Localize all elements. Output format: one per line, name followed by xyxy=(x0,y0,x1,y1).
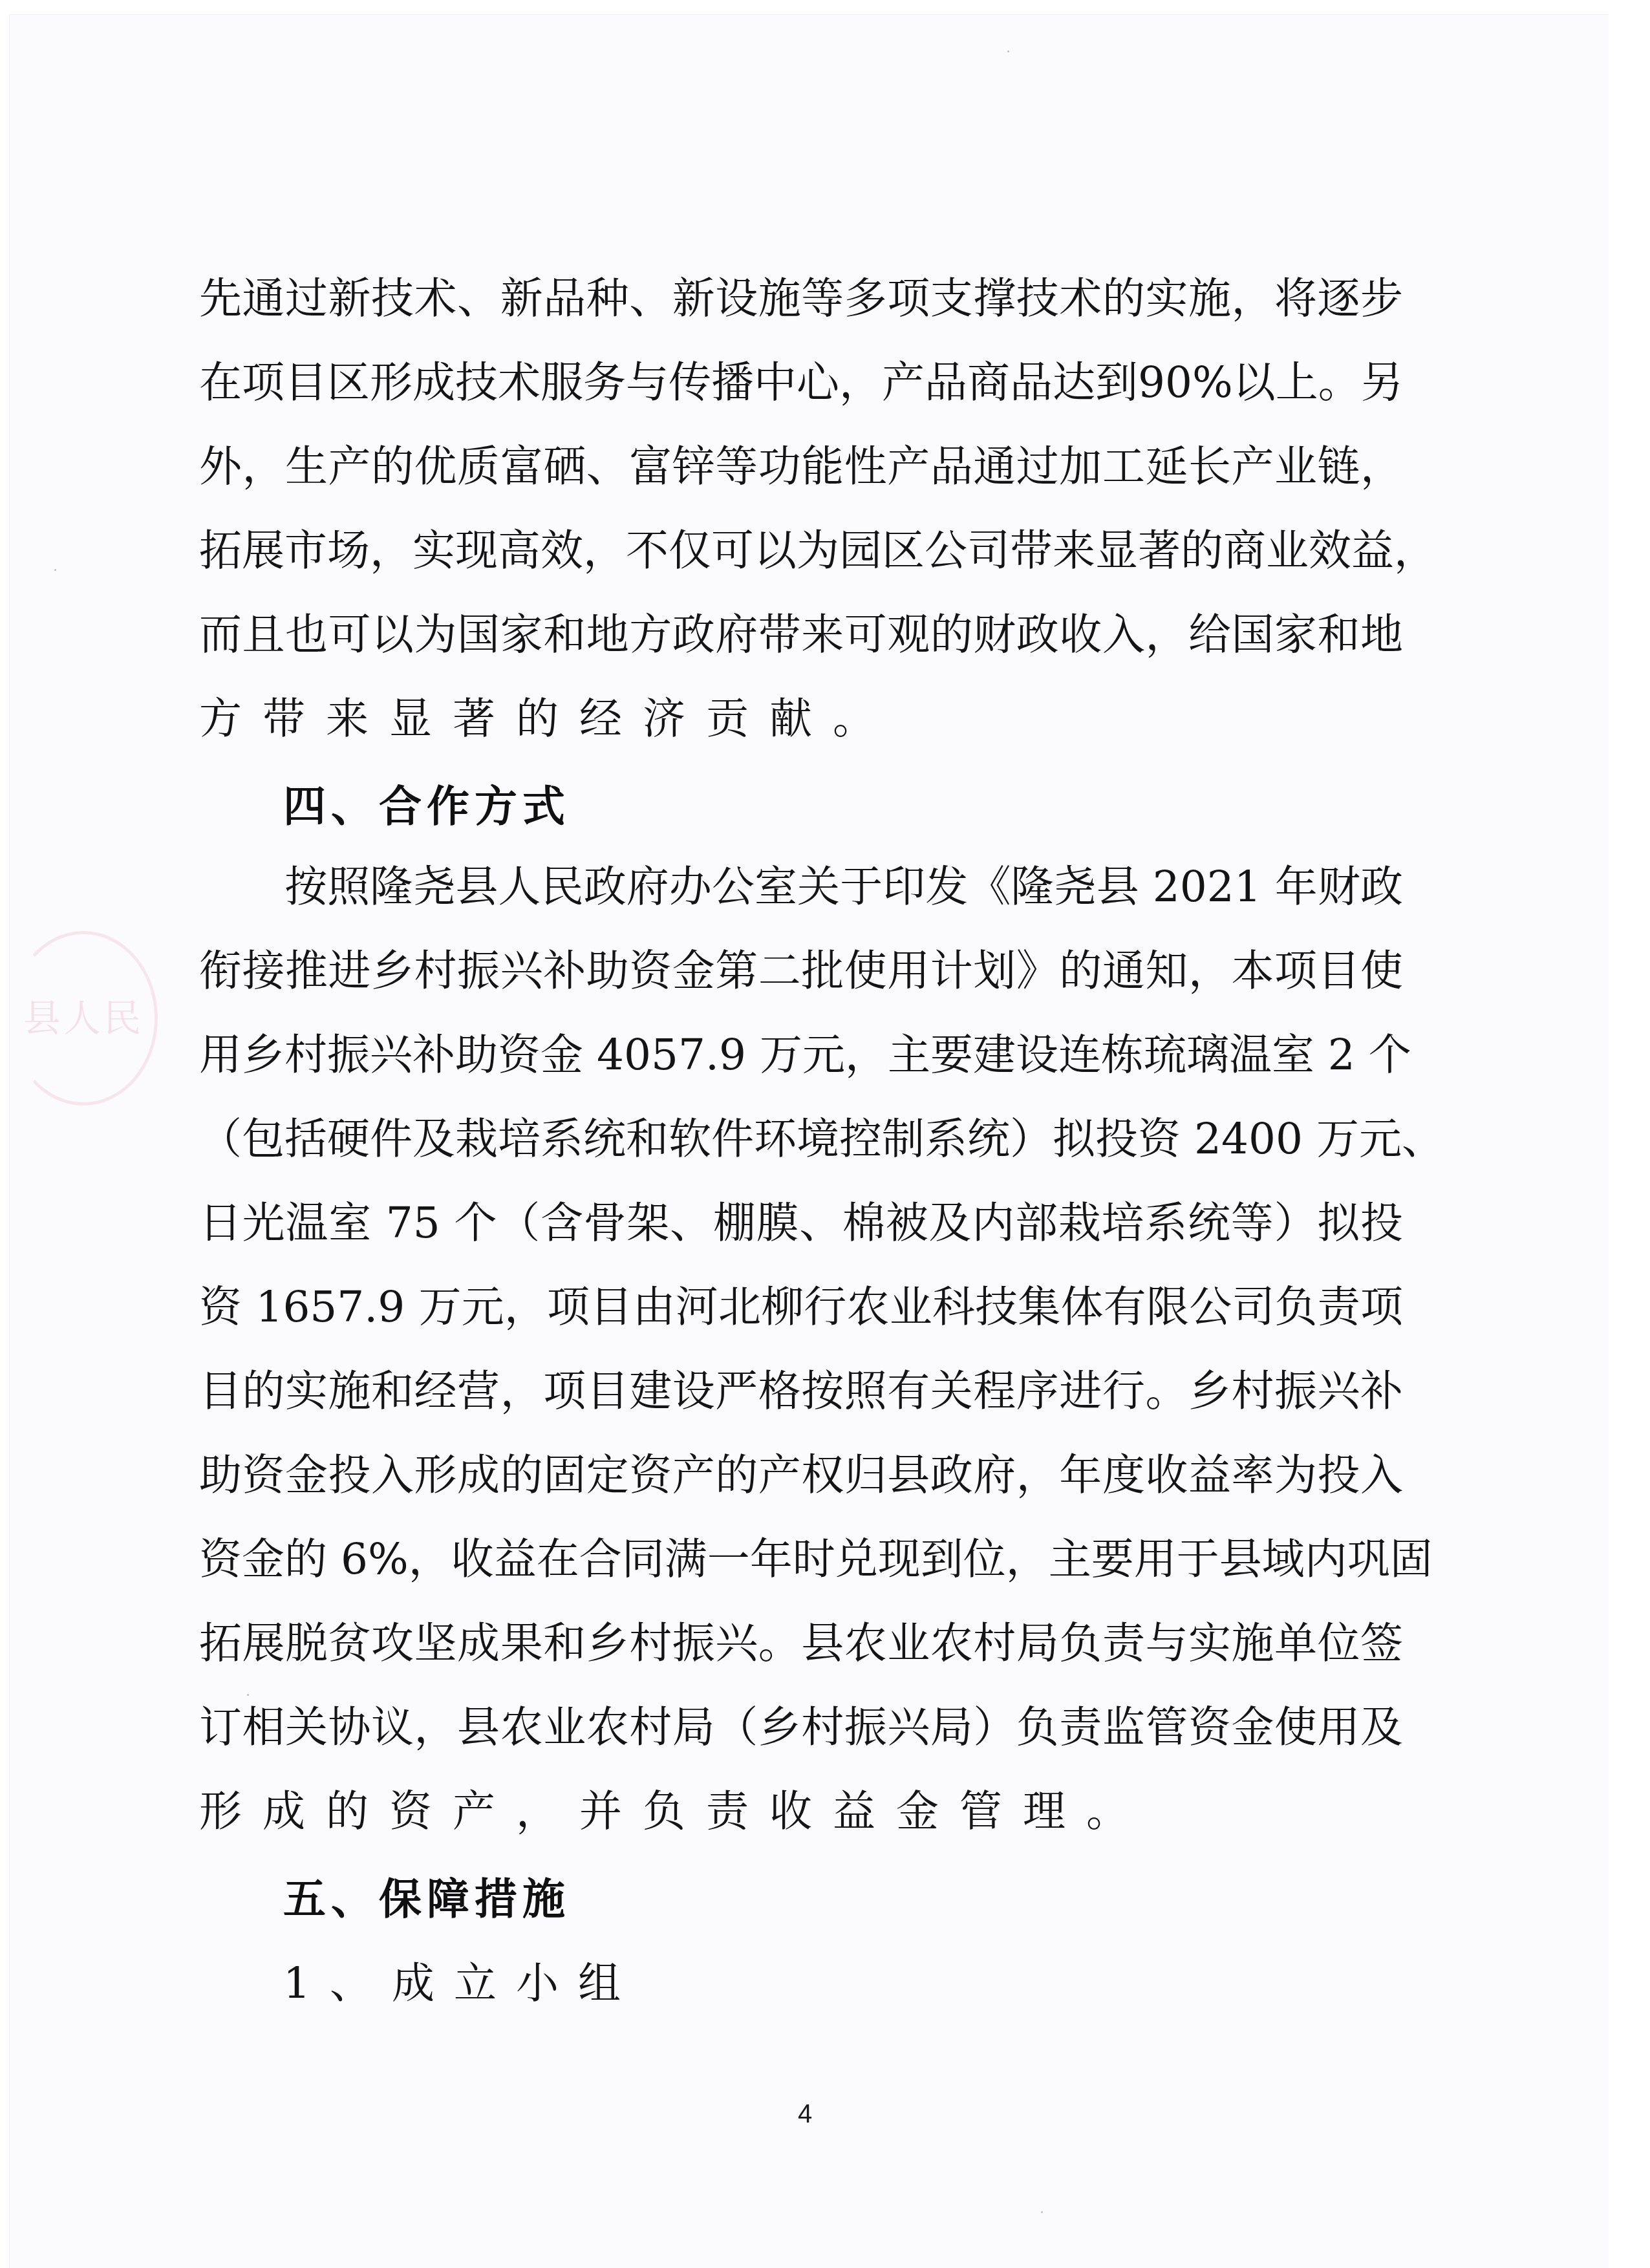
list-item-establish-group: 1、成立小组 xyxy=(199,1947,1403,2031)
text-line: 拓展市场，实现高效，不仅可以为园区公司带来显著的商业效益， xyxy=(199,519,1403,603)
text-line: （包括硬件及栽培系统和软件环境控制系统）拟投资 2400 万元、 xyxy=(199,1107,1403,1191)
text-line: 按照隆尧县人民政府办公室关于印发《隆尧县 2021 年财政 xyxy=(199,855,1403,939)
text-line: 资 1657.9 万元，项目由河北柳行农业科技集体有限公司负责项 xyxy=(199,1275,1403,1359)
text-line: 在项目区形成技术服务与传播中心，产品商品达到90%以上。另 xyxy=(199,350,1403,434)
text-line: 形成的资产，并负责收益金管理。 xyxy=(199,1779,1403,1863)
section-heading-safeguards: 五、保障措施 xyxy=(199,1863,1403,1947)
scan-speck xyxy=(247,1694,249,1696)
text-line: 日光温室 75 个（含骨架、棚膜、棉被及内部栽培系统等）拟投 xyxy=(199,1191,1403,1275)
seal-text: 县人民 xyxy=(23,996,144,1040)
text-line: 助资金投入形成的固定资产的产权归县政府，年度收益率为投入 xyxy=(199,1443,1403,1527)
document-body: 先通过新技术、新品种、新设施等多项支撑技术的实施，将逐步 在项目区形成技术服务与… xyxy=(199,266,1403,2031)
text-line: 先通过新技术、新品种、新设施等多项支撑技术的实施，将逐步 xyxy=(199,266,1403,350)
page-number: 4 xyxy=(795,2100,815,2129)
text-line: 而且也可以为国家和地方政府带来可观的财政收入，给国家和地 xyxy=(199,603,1403,687)
text-line: 方带来显著的经济贡献。 xyxy=(199,687,1403,771)
paragraph-cooperation: 按照隆尧县人民政府办公室关于印发《隆尧县 2021 年财政 衔接推进乡村振兴补助… xyxy=(199,855,1403,1863)
text-line: 衔接推进乡村振兴补助资金第二批使用计划》的通知，本项目使 xyxy=(199,939,1403,1023)
scan-speck xyxy=(1007,50,1009,52)
text-line: 资金的 6%，收益在合同满一年时兑现到位，主要用于县域内巩固 xyxy=(199,1527,1403,1611)
text-line: 外，生产的优质富硒、富锌等功能性产品通过加工延长产业链， xyxy=(199,434,1403,519)
text-line: 订相关协议，县农业农村局（乡村振兴局）负责监管资金使用及 xyxy=(199,1695,1403,1779)
paragraph-1: 先通过新技术、新品种、新设施等多项支撑技术的实施，将逐步 在项目区形成技术服务与… xyxy=(199,266,1403,771)
scan-speck xyxy=(1041,2211,1043,2213)
official-seal-partial: 县人民 xyxy=(9,931,158,1106)
text-line: 用乡村振兴补助资金 4057.9 万元，主要建设连栋琉璃温室 2 个 xyxy=(199,1023,1403,1107)
section-heading-cooperation: 四、合作方式 xyxy=(199,771,1403,855)
text-line: 拓展脱贫攻坚成果和乡村振兴。县农业农村局负责与实施单位签 xyxy=(199,1611,1403,1695)
scan-speck xyxy=(54,569,56,571)
text-line: 目的实施和经营，项目建设严格按照有关程序进行。乡村振兴补 xyxy=(199,1359,1403,1443)
